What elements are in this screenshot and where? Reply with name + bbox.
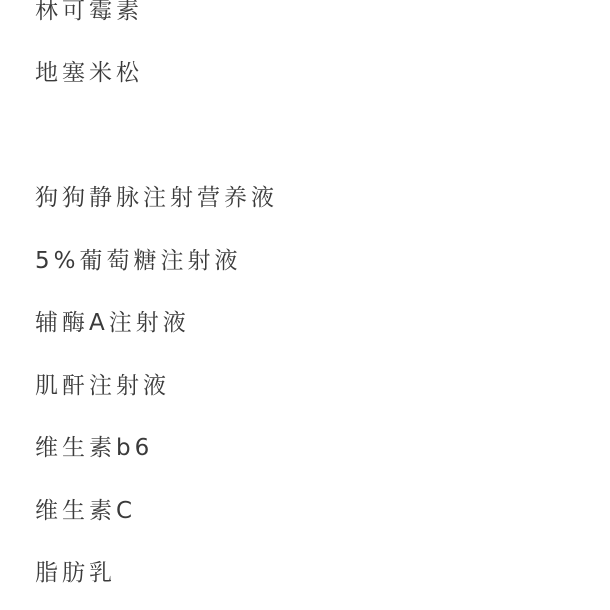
list-item-vitamin-c: 维生素C: [35, 477, 610, 540]
medication-list: 林可霉素 地塞米松 狗狗静脉注射营养液 5%葡萄糖注射液 辅酶A注射液 肌酐注射…: [35, 0, 610, 602]
page: 林可霉素 地塞米松 狗狗静脉注射营养液 5%葡萄糖注射液 辅酶A注射液 肌酐注射…: [0, 0, 610, 610]
group-spacer: [35, 102, 610, 165]
list-item-vitamin-b6: 维生素b6: [35, 415, 610, 478]
list-item-creatinine-injection: 肌酐注射液: [35, 352, 610, 415]
list-item-glucose-injection: 5%葡萄糖注射液: [35, 227, 610, 290]
list-item-iv-nutrition: 狗狗静脉注射营养液: [35, 165, 610, 228]
list-item-lincomycin: 林可霉素: [35, 0, 610, 40]
list-item-fat-emulsion: 脂肪乳: [35, 540, 610, 603]
list-item-coenzyme-a-injection: 辅酶A注射液: [35, 290, 610, 353]
list-item-dexamethasone: 地塞米松: [35, 40, 610, 103]
